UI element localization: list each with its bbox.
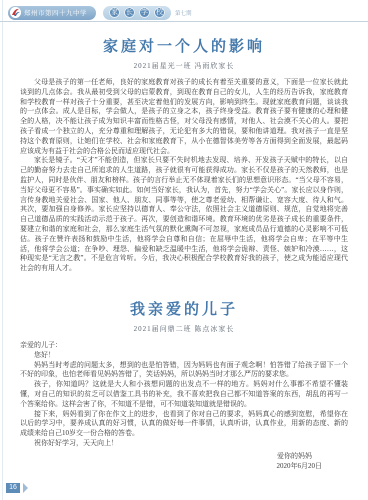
masthead-badge-2: 长 xyxy=(124,7,135,18)
letter-date: 2020年6月20日 xyxy=(20,462,322,472)
article-1-paragraph-1: 父母是孩子的第一任老师，良好的家庭教育对孩子的成长有着至关重要的意义，下面是一位… xyxy=(20,78,348,156)
page-header: 郑州市第四十九中学 家 长 学 校 第七期 xyxy=(0,4,368,22)
page-content: 家庭对一个人的影响 2021届星光一班 冯雨欣家长 父母是孩子的第一任老师，良好… xyxy=(0,23,368,471)
article-2-title: 我亲爱的儿子 xyxy=(0,298,368,319)
article-2-body: 亲爱的儿子： 您好！ 妈妈当时考虑的问题太多，想到的也是怕答错，因为妈妈也有面子… xyxy=(20,341,348,471)
letter-greeting: 您好！ xyxy=(20,351,348,361)
article-1-byline: 2021届星光一班 冯雨欣家长 xyxy=(0,61,368,71)
article-1-body: 父母是孩子的第一任老师，良好的家庭教育对孩子的成长有着至关重要的意义，下面是一位… xyxy=(20,78,348,274)
letter-paragraph-3: 接下来，妈妈看到了你在作文上的进步，也看到了你对自己的要求，妈妈真心的感到宽慰，… xyxy=(20,410,348,439)
letter-salutation: 亲爱的儿子： xyxy=(20,341,348,351)
letter-signature: 爱你的妈妈 xyxy=(20,452,322,462)
letter-signature-block: 爱你的妈妈 2020年6月20日 xyxy=(20,452,348,472)
article-dear-son: 我亲爱的儿子 2021届问鼎二班 陈点冰家长 亲爱的儿子： 您好！ 妈妈当时考虑… xyxy=(0,298,368,471)
school-logo-icon xyxy=(10,7,21,18)
page-number-chevron-icon xyxy=(23,483,28,493)
letter-paragraph-1: 妈妈当时考虑的问题太多，想到的也是怕答错，因为妈妈也有面子观念啊！怕答错了给孩子… xyxy=(20,361,348,381)
letter-closing: 祝你好好学习，天天向上！ xyxy=(20,439,348,449)
article-1-paragraph-2: 家长是镜子。“天才”不能创造，但家长只要不失时机地去发现、培养、开发孩子天赋中的… xyxy=(20,156,348,274)
school-name: 郑州市第四十九中学 xyxy=(24,8,87,17)
masthead-badge-4: 校 xyxy=(154,7,165,18)
article-1-title: 家庭对一个人的影响 xyxy=(0,35,368,56)
letter-paragraph-2: 孩子，你知道吗？这就是大人和小孩想问题的出发点不一样的地方。妈妈对什么事都不希望… xyxy=(20,380,348,409)
issue-label: 第七期 xyxy=(175,9,192,17)
article-2-byline: 2021届问鼎二班 陈点冰家长 xyxy=(0,324,368,334)
school-banner: 郑州市第四十九中学 xyxy=(8,6,96,20)
masthead-badge-1: 家 xyxy=(109,7,120,18)
masthead-badges: 家 长 学 校 xyxy=(103,6,171,20)
article-family-influence: 家庭对一个人的影响 2021届星光一班 冯雨欣家长 父母是孩子的第一任老师，良好… xyxy=(0,35,368,274)
masthead-badge-3: 学 xyxy=(139,7,150,18)
page-number: 16 xyxy=(6,483,20,493)
magazine-page: 郑州市第四十九中学 家 长 学 校 第七期 家庭对一个人的影响 2021届星光一… xyxy=(0,0,368,500)
